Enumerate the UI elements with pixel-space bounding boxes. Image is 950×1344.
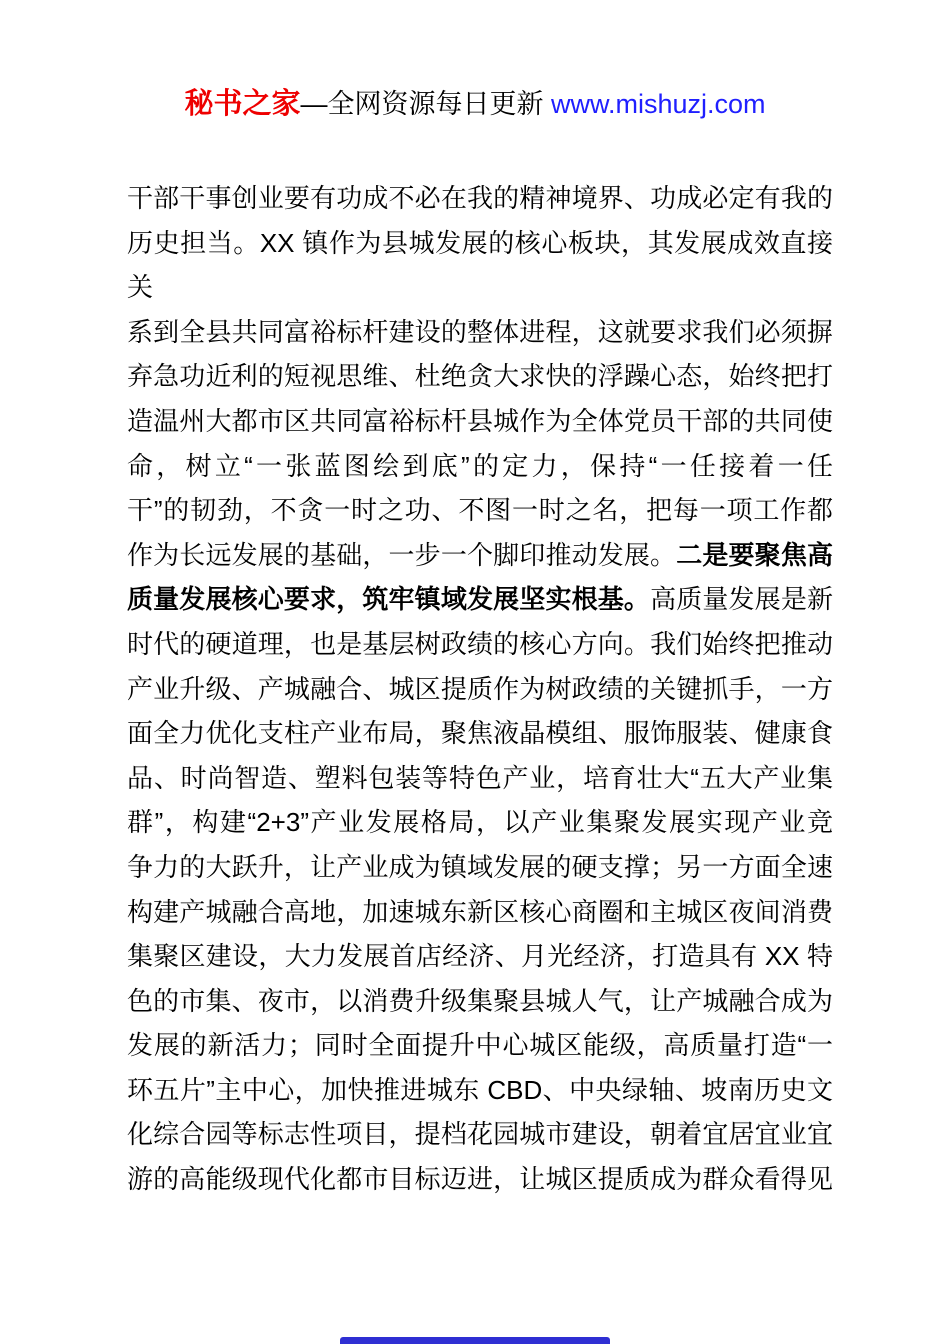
text-line: 弃急功近利的短视思维、杜绝贪大求快的浮躁心态，始终把打 xyxy=(127,354,833,399)
bottom-scroll-indicator[interactable] xyxy=(340,1337,610,1344)
text-line: 作为长远发展的基础，一步一个脚印推动发展。二是要聚焦高 xyxy=(127,533,833,578)
text-run: 群”，构建“2+3”产业发展格局，以产业集聚发展实现产业竞 xyxy=(127,807,833,837)
text-line: 环五片”主中心，加快推进城东 CBD、中央绿轴、坡南历史文 xyxy=(127,1068,833,1113)
text-line: 命，树立“一张蓝图绘到底”的定力，保持“一任接着一任 xyxy=(127,444,833,489)
text-line: 系到全县共同富裕标杆建设的整体进程，这就要求我们必须摒 xyxy=(127,310,833,355)
text-run: 发展的新活力；同时全面提升中心城区能级，高质量打造“一 xyxy=(127,1030,833,1060)
bold-text-run: 二是要聚焦高 xyxy=(676,540,833,570)
text-run: 干部干事创业要有功成不必在我的精神境界、功成必定有我的 xyxy=(127,183,833,213)
text-run: 干”的韧劲，不贪一时之功、不图一时之名，把每一项工作都 xyxy=(127,495,833,525)
text-run: 弃急功近利的短视思维、杜绝贪大求快的浮躁心态，始终把打 xyxy=(127,361,833,391)
text-line: 构建产城融合高地，加速城东新区核心商圈和主城区夜间消费 xyxy=(127,890,833,935)
text-line: 干部干事创业要有功成不必在我的精神境界、功成必定有我的 xyxy=(127,176,833,221)
text-run: 构建产城融合高地，加速城东新区核心商圈和主城区夜间消费 xyxy=(127,897,833,927)
text-line: 时代的硬道理，也是基层树政绩的核心方向。我们始终把推动 xyxy=(127,622,833,667)
text-line: 产业升级、产城融合、城区提质作为树政绩的关键抓手，一方 xyxy=(127,667,833,712)
text-run: 作为长远发展的基础，一步一个脚印推动发展。 xyxy=(127,540,676,570)
text-line: 品、时尚智造、塑料包装等特色产业，培育壮大“五大产业集 xyxy=(127,756,833,801)
text-run: 命，树立“一张蓝图绘到底”的定力，保持“一任接着一任 xyxy=(127,451,833,481)
page-header: 秘书之家—全网资源每日更新 www.mishuzj.com xyxy=(0,86,950,122)
text-run: 集聚区建设，大力发展首店经济、月光经济，打造具有 XX 特 xyxy=(127,941,833,971)
text-line: 争力的大跃升，让产业成为镇域发展的硬支撑；另一方面全速 xyxy=(127,845,833,890)
document-body: 干部干事创业要有功成不必在我的精神境界、功成必定有我的历史担当。XX 镇作为县城… xyxy=(127,176,833,1202)
text-line: 群”，构建“2+3”产业发展格局，以产业集聚发展实现产业竞 xyxy=(127,800,833,845)
text-run: 化综合园等标志性项目，提档花园城市建设，朝着宜居宜业宜 xyxy=(127,1119,833,1149)
site-name: 秘书之家 xyxy=(184,88,300,120)
text-run: 历史担当。XX 镇作为县城发展的核心板块，其发展成效直接关 xyxy=(127,228,833,303)
text-line: 历史担当。XX 镇作为县城发展的核心板块，其发展成效直接关 xyxy=(127,221,833,310)
text-run: 色的市集、夜市，以消费升级集聚县城人气，让产城融合成为 xyxy=(127,986,833,1016)
bold-text-run: 质量发展核心要求，筑牢镇域发展坚实根基。 xyxy=(127,584,650,614)
text-line: 造温州大都市区共同富裕标杆县城作为全体党员干部的共同使 xyxy=(127,399,833,444)
text-line: 发展的新活力；同时全面提升中心城区能级，高质量打造“一 xyxy=(127,1023,833,1068)
text-run: 造温州大都市区共同富裕标杆县城作为全体党员干部的共同使 xyxy=(127,406,833,436)
text-line: 面全力优化支柱产业布局，聚焦液晶模组、服饰服装、健康食 xyxy=(127,711,833,756)
text-line: 化综合园等标志性项目，提档花园城市建设，朝着宜居宜业宜 xyxy=(127,1112,833,1157)
document-page: 秘书之家—全网资源每日更新 www.mishuzj.com 干部干事创业要有功成… xyxy=(0,0,950,1344)
text-run: 环五片”主中心，加快推进城东 CBD、中央绿轴、坡南历史文 xyxy=(127,1075,833,1105)
text-run: 争力的大跃升，让产业成为镇域发展的硬支撑；另一方面全速 xyxy=(127,852,833,882)
text-run: 游的高能级现代化都市目标迈进，让城区提质成为群众看得见 xyxy=(127,1164,833,1194)
text-line: 游的高能级现代化都市目标迈进，让城区提质成为群众看得见 xyxy=(127,1157,833,1202)
text-run: 时代的硬道理，也是基层树政绩的核心方向。我们始终把推动 xyxy=(127,629,833,659)
text-run: 面全力优化支柱产业布局，聚焦液晶模组、服饰服装、健康食 xyxy=(127,718,833,748)
text-line: 质量发展核心要求，筑牢镇域发展坚实根基。高质量发展是新 xyxy=(127,577,833,622)
text-line: 集聚区建设，大力发展首店经济、月光经济，打造具有 XX 特 xyxy=(127,934,833,979)
text-run: 品、时尚智造、塑料包装等特色产业，培育壮大“五大产业集 xyxy=(127,763,833,793)
text-run: 产业升级、产城融合、城区提质作为树政绩的关键抓手，一方 xyxy=(127,674,833,704)
text-line: 色的市集、夜市，以消费升级集聚县城人气，让产城融合成为 xyxy=(127,979,833,1024)
text-line: 干”的韧劲，不贪一时之功、不图一时之名，把每一项工作都 xyxy=(127,488,833,533)
site-url-link[interactable]: www.mishuzj.com xyxy=(551,89,766,119)
site-tagline: —全网资源每日更新 xyxy=(300,89,551,119)
text-run: 高质量发展是新 xyxy=(650,584,833,614)
text-run: 系到全县共同富裕标杆建设的整体进程，这就要求我们必须摒 xyxy=(127,317,833,347)
